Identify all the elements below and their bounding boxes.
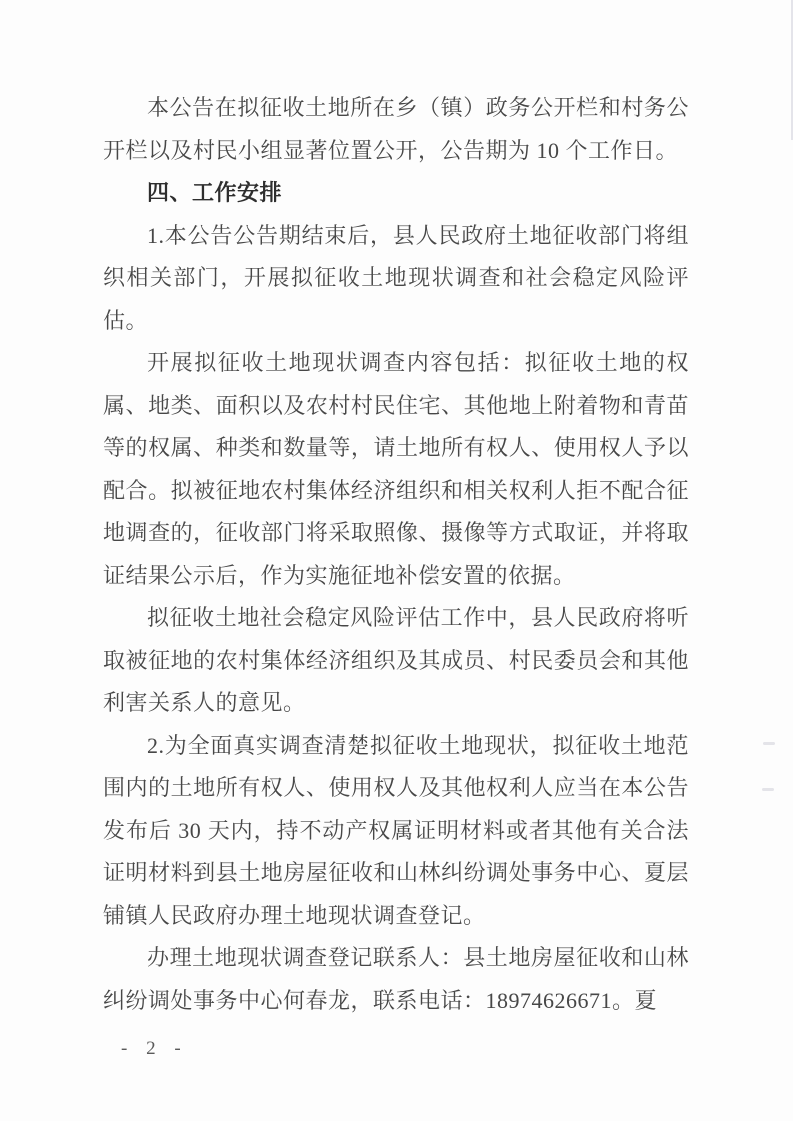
document-page: 本公告在拟征收土地所在乡（镇）政务公开栏和村务公开栏以及村民小组显著位置公开，公… [0, 0, 793, 1121]
body-paragraph: 本公告在拟征收土地所在乡（镇）政务公开栏和村务公开栏以及村民小组显著位置公开，公… [103, 87, 689, 172]
scan-speck-artifact [762, 788, 774, 791]
body-paragraph: 2.为全面真实调查清楚拟征收土地现状，拟征收土地范围内的土地所有权人、使用权人及… [103, 725, 689, 938]
section-heading: 四、工作安排 [103, 172, 689, 215]
document-text-body: 本公告在拟征收土地所在乡（镇）政务公开栏和村务公开栏以及村民小组显著位置公开，公… [103, 87, 689, 1022]
body-paragraph: 办理土地现状调查登记联系人：县土地房屋征收和山林纠纷调处事务中心何春龙，联系电话… [103, 937, 689, 1022]
page-number: - 2 - [121, 1038, 188, 1060]
scan-speck-artifact [763, 742, 775, 745]
body-paragraph: 1.本公告公告期结束后，县人民政府土地征收部门将组织相关部门，开展拟征收土地现状… [103, 215, 689, 343]
body-paragraph: 开展拟征收土地现状调查内容包括：拟征收土地的权属、地类、面积以及农村村民住宅、其… [103, 342, 689, 597]
body-paragraph: 拟征收土地社会稳定风险评估工作中，县人民政府将听取被征地的农村集体经济组织及其成… [103, 597, 689, 725]
